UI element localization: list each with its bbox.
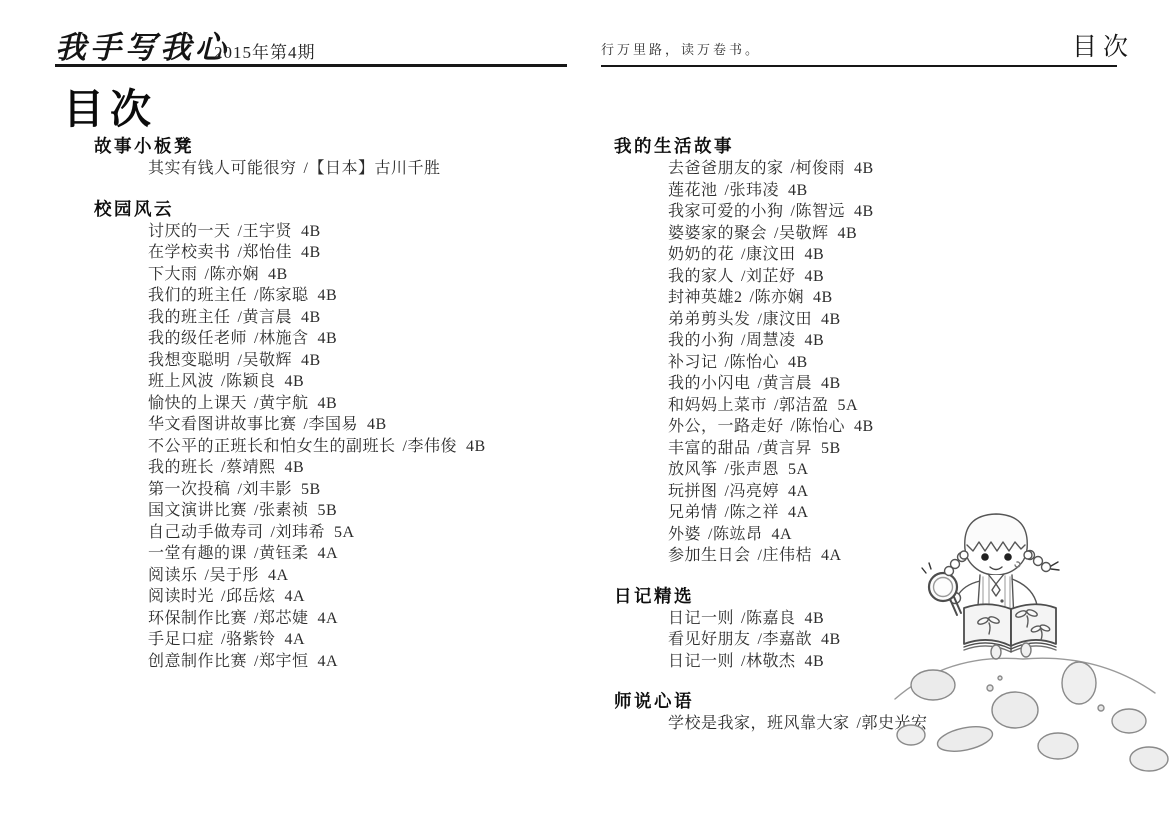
article-title: 我家可爱的小狗 — [668, 203, 784, 220]
article-author: 【日本】古川千胜 — [308, 160, 440, 177]
article-title: 和妈妈上菜市 — [668, 397, 767, 414]
article-author: 黄言晨 — [242, 309, 292, 326]
article-author: 王宇贤 — [242, 223, 292, 240]
article-title: 阅读时光 — [148, 588, 214, 605]
article-author: 李伟俊 — [407, 438, 457, 455]
article-title: 弟弟剪头发 — [668, 311, 751, 328]
article-author: 陈智远 — [795, 203, 845, 220]
article-grade: 4B — [301, 244, 321, 261]
toc-item: 婆婆家的聚会/吴敬辉4B — [668, 223, 1044, 245]
section-heading: 校园风云 — [94, 199, 580, 219]
toc-item: 我的级任老师/林施含4B — [148, 328, 580, 350]
article-grade: 4B — [367, 416, 387, 433]
article-title: 我想变聪明 — [148, 352, 231, 369]
toc-item: 和妈妈上菜市/郭洁盈5A — [668, 395, 1044, 417]
toc-item: 第一次投稿/刘丰影5B — [148, 479, 580, 501]
article-grade: 5B — [317, 502, 337, 519]
toc-section: 校园风云讨厌的一天/王宇贤4B在学校卖书/郑怡佳4B下大雨/陈亦娴4B我们的班主… — [94, 199, 580, 673]
article-author: 李国易 — [308, 416, 358, 433]
article-title: 婆婆家的聚会 — [668, 225, 767, 242]
article-grade: 4B — [821, 311, 841, 328]
toc-item: 其实有钱人可能很穷/【日本】古川千胜 — [148, 158, 580, 180]
article-author: 周慧凌 — [746, 332, 796, 349]
toc-item: 玩拼图/冯亮婷4A — [668, 481, 1044, 503]
article-author: 张声恩 — [729, 461, 779, 478]
article-grade: 4A — [317, 610, 338, 627]
toc-item: 我的小狗/周慧凌4B — [668, 330, 1044, 352]
article-grade: 4B — [317, 395, 337, 412]
toc-item-list: 讨厌的一天/王宇贤4B在学校卖书/郑怡佳4B下大雨/陈亦娴4B我们的班主任/陈家… — [94, 221, 580, 673]
article-grade: 4B — [284, 373, 304, 390]
toc-item: 我们的班主任/陈家聪4B — [148, 285, 580, 307]
article-author: 骆紫铃 — [226, 631, 276, 648]
article-title: 我的小狗 — [668, 332, 734, 349]
article-author: 柯俊雨 — [795, 160, 845, 177]
article-title: 愉快的上课天 — [148, 395, 247, 412]
magazine-title: 我手写我心 — [55, 22, 230, 67]
article-title: 下大雨 — [148, 266, 198, 283]
article-author: 陈怡心 — [795, 418, 845, 435]
toc-item: 在学校卖书/郑怡佳4B — [148, 242, 580, 264]
toc-section: 我的生活故事去爸爸朋友的家/柯俊雨4B莲花池/张玮凌4B我家可爱的小狗/陈智远4… — [614, 136, 1044, 567]
article-author: 刘玮希 — [275, 524, 325, 541]
article-title: 兄弟情 — [668, 504, 718, 521]
article-grade: 4B — [821, 375, 841, 392]
article-author: 陈亦娴 — [209, 266, 259, 283]
article-author: 郑宇恒 — [259, 653, 309, 670]
toc-item: 一堂有趣的课/黄钰柔4A — [148, 543, 580, 565]
article-grade: 4B — [854, 160, 874, 177]
article-grade: 4B — [804, 332, 824, 349]
article-grade: 4B — [854, 418, 874, 435]
article-author: 冯亮婷 — [729, 483, 779, 500]
article-grade: 4A — [788, 504, 809, 521]
article-grade: 4A — [788, 483, 809, 500]
article-grade: 4B — [821, 631, 841, 648]
article-author: 蔡靖熙 — [226, 459, 276, 476]
toc-item: 阅读乐/吴于彤4A — [148, 565, 580, 587]
article-grade: 4B — [301, 309, 321, 326]
toc-item: 奶奶的花/康汶田4B — [668, 244, 1044, 266]
article-author: 吴敬辉 — [779, 225, 829, 242]
toc-item: 讨厌的一天/王宇贤4B — [148, 221, 580, 243]
article-grade: 4B — [804, 246, 824, 263]
article-author: 张玮凌 — [729, 182, 779, 199]
toc-item: 愉快的上课天/黄宇航4B — [148, 393, 580, 415]
article-title: 玩拼图 — [668, 483, 718, 500]
section-heading: 我的生活故事 — [614, 136, 1044, 156]
page-corner-title: 目次 — [1072, 27, 1134, 63]
page-title: 目次 — [63, 76, 157, 135]
toc-item: 补习记/陈怡心4B — [668, 352, 1044, 374]
article-title: 班上风波 — [148, 373, 214, 390]
article-grade: 4A — [268, 567, 289, 584]
article-title: 我的班长 — [148, 459, 214, 476]
article-author: 郑怡佳 — [242, 244, 292, 261]
article-title: 莲花池 — [668, 182, 718, 199]
article-grade: 4A — [317, 653, 338, 670]
toc-item: 外公，一路走好/陈怡心4B — [668, 416, 1044, 438]
article-author: 黄宇航 — [259, 395, 309, 412]
article-grade: 4B — [268, 266, 288, 283]
toc-item: 国文演讲比赛/张素祯5B — [148, 500, 580, 522]
article-title: 我的家人 — [668, 268, 734, 285]
article-title: 封神英雄2 — [668, 289, 743, 306]
toc-item: 我的家人/刘芷妤4B — [668, 266, 1044, 288]
article-grade: 5B — [301, 481, 321, 498]
article-grade: 4B — [301, 352, 321, 369]
article-title: 一堂有趣的课 — [148, 545, 247, 562]
article-grade: 4B — [804, 610, 824, 627]
article-grade: 4B — [813, 289, 833, 306]
issue-label: 2015年第4期 — [214, 38, 316, 63]
article-author: 邱岳炫 — [226, 588, 276, 605]
article-grade: 4B — [854, 203, 874, 220]
article-grade: 4B — [837, 225, 857, 242]
article-author: 林敬杰 — [746, 653, 796, 670]
article-author: 黄钰柔 — [259, 545, 309, 562]
article-title: 华文看图讲故事比赛 — [148, 416, 297, 433]
toc-item: 环保制作比赛/郑芯婕4A — [148, 608, 580, 630]
toc-item: 莲花池/张玮凌4B — [668, 180, 1044, 202]
toc-item: 去爸爸朋友的家/柯俊雨4B — [668, 158, 1044, 180]
article-title: 奶奶的花 — [668, 246, 734, 263]
toc-item: 我的班长/蔡靖熙4B — [148, 457, 580, 479]
toc-item: 弟弟剪头发/康汶田4B — [668, 309, 1044, 331]
article-grade: 4B — [788, 182, 808, 199]
article-grade: 4A — [284, 631, 305, 648]
article-author: 庄伟桔 — [762, 547, 812, 564]
article-grade: 5A — [788, 461, 809, 478]
toc-item: 下大雨/陈亦娴4B — [148, 264, 580, 286]
article-title: 国文演讲比赛 — [148, 502, 247, 519]
article-title: 不公平的正班长和怕女生的副班长 — [148, 438, 396, 455]
toc-item: 自己动手做寿司/刘玮希5A — [148, 522, 580, 544]
toc-item: 我的小闪电/黄言晨4B — [668, 373, 1044, 395]
article-title: 去爸爸朋友的家 — [668, 160, 784, 177]
article-author: 陈颖良 — [226, 373, 276, 390]
toc-column-left: 故事小板凳其实有钱人可能很穷/【日本】古川千胜校园风云讨厌的一天/王宇贤4B在学… — [94, 136, 580, 691]
article-title: 阅读乐 — [148, 567, 198, 584]
article-title: 我的小闪电 — [668, 375, 751, 392]
article-title: 在学校卖书 — [148, 244, 231, 261]
article-title: 我的班主任 — [148, 309, 231, 326]
toc-item: 放风筝/张声恩5A — [668, 459, 1044, 481]
article-title: 环保制作比赛 — [148, 610, 247, 627]
toc-item: 创意制作比赛/郑宇恒4A — [148, 651, 580, 673]
article-grade: 4A — [771, 526, 792, 543]
article-title: 创意制作比赛 — [148, 653, 247, 670]
toc-item: 阅读时光/邱岳炫4A — [148, 586, 580, 608]
article-title: 看见好朋友 — [668, 631, 751, 648]
article-grade: 4B — [788, 354, 808, 371]
toc-item: 我的班主任/黄言晨4B — [148, 307, 580, 329]
article-author: 陈竑昂 — [713, 526, 763, 543]
article-title: 我们的班主任 — [148, 287, 247, 304]
article-title: 外公，一路走好 — [668, 418, 784, 435]
article-title: 补习记 — [668, 354, 718, 371]
toc-page: 我手写我心 2015年第4期 行万里路，读万卷书。 目次 目次 故事小板凳其实有… — [0, 0, 1170, 827]
article-author: 黄言昇 — [762, 440, 812, 457]
article-author: 陈亦娴 — [754, 289, 804, 306]
article-author: 李嘉歆 — [762, 631, 812, 648]
article-grade: 5B — [821, 440, 841, 457]
article-grade: 4A — [284, 588, 305, 605]
article-title: 丰富的甜品 — [668, 440, 751, 457]
article-grade: 4A — [821, 547, 842, 564]
article-title: 讨厌的一天 — [148, 223, 231, 240]
article-grade: 4B — [284, 459, 304, 476]
article-grade: 5A — [334, 524, 355, 541]
article-title: 日记一则 — [668, 610, 734, 627]
toc-section: 故事小板凳其实有钱人可能很穷/【日本】古川千胜 — [94, 136, 580, 180]
article-author: 郭洁盈 — [779, 397, 829, 414]
toc-item-list: 其实有钱人可能很穷/【日本】古川千胜 — [94, 158, 580, 180]
article-author: 林施含 — [259, 330, 309, 347]
article-author: 郑芯婕 — [259, 610, 309, 627]
toc-item: 封神英雄2/陈亦娴4B — [668, 287, 1044, 309]
section-heading: 故事小板凳 — [94, 136, 580, 156]
article-author: 刘芷妤 — [746, 268, 796, 285]
article-author: 张素祯 — [259, 502, 309, 519]
article-author: 吴于彤 — [209, 567, 259, 584]
toc-item: 我想变聪明/吴敬辉4B — [148, 350, 580, 372]
toc-item: 华文看图讲故事比赛/李国易4B — [148, 414, 580, 436]
article-author: 吴敬辉 — [242, 352, 292, 369]
toc-item: 班上风波/陈颖良4B — [148, 371, 580, 393]
girl-with-magnifying-glass-illustration — [893, 503, 1170, 813]
article-title: 其实有钱人可能很穷 — [148, 160, 297, 177]
toc-item: 丰富的甜品/黄言昇5B — [668, 438, 1044, 460]
article-grade: 4B — [317, 287, 337, 304]
article-title: 我的级任老师 — [148, 330, 247, 347]
article-grade: 4B — [804, 268, 824, 285]
toc-item: 手足口症/骆紫铃4A — [148, 629, 580, 651]
article-author: 陈嘉良 — [746, 610, 796, 627]
article-title: 参加生日会 — [668, 547, 751, 564]
article-author: 康汶田 — [746, 246, 796, 263]
article-author: 陈之祥 — [729, 504, 779, 521]
header-slogan: 行万里路，读万卷书。 — [601, 39, 761, 58]
article-title: 外婆 — [668, 526, 701, 543]
article-grade: 4B — [466, 438, 486, 455]
article-title: 手足口症 — [148, 631, 214, 648]
toc-item: 不公平的正班长和怕女生的副班长/李伟俊4B — [148, 436, 580, 458]
article-grade: 4A — [317, 545, 338, 562]
article-author: 陈怡心 — [729, 354, 779, 371]
toc-item: 我家可爱的小狗/陈智远4B — [668, 201, 1044, 223]
article-author: 刘丰影 — [242, 481, 292, 498]
article-grade: 4B — [804, 653, 824, 670]
article-title: 第一次投稿 — [148, 481, 231, 498]
article-title: 放风筝 — [668, 461, 718, 478]
article-title: 自己动手做寿司 — [148, 524, 264, 541]
article-title: 日记一则 — [668, 653, 734, 670]
article-author: 康汶田 — [762, 311, 812, 328]
article-author: 陈家聪 — [259, 287, 309, 304]
header-rule-right — [601, 65, 1117, 67]
article-title: 学校是我家，班风靠大家 — [668, 715, 850, 732]
header-rule-left — [55, 64, 567, 67]
article-grade: 4B — [317, 330, 337, 347]
article-author: 黄言晨 — [762, 375, 812, 392]
article-grade: 5A — [837, 397, 858, 414]
article-grade: 4B — [301, 223, 321, 240]
